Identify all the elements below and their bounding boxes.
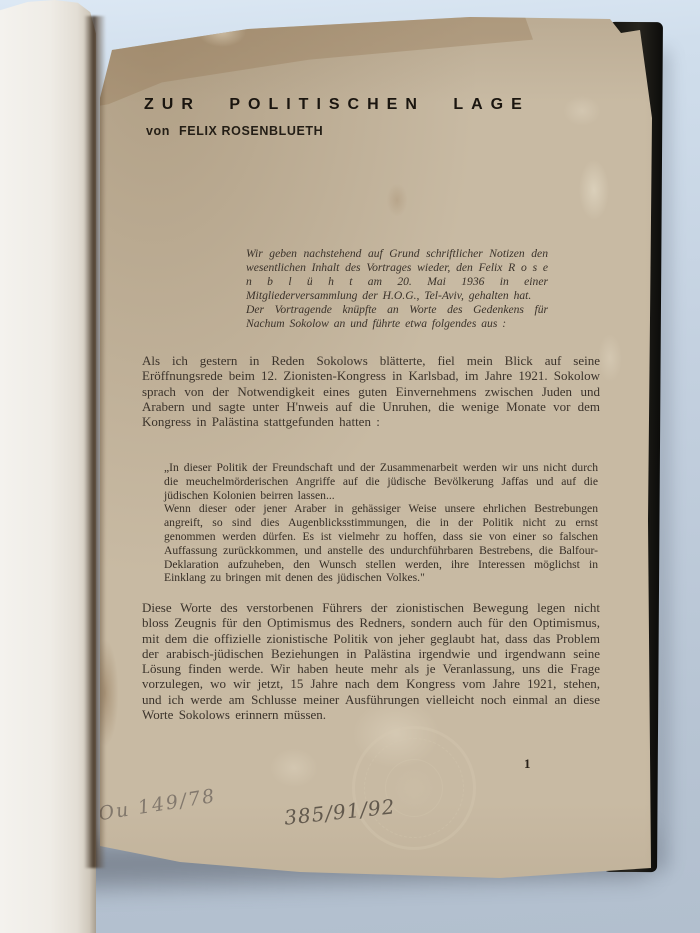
byline: vonFELIX ROSENBLUETH (146, 124, 323, 138)
body-paragraph-1: Als ich gestern in Reden Sokolows blätte… (142, 353, 600, 429)
page-number: 1 (524, 756, 531, 772)
editorial-note-para-2: Der Vortragende knüpfte an Worte des Ged… (246, 303, 548, 331)
article-title: ZUR POLITISCHEN LAGE (144, 96, 530, 114)
paper-stain (573, 148, 615, 232)
body-paragraph-2: Diese Worte des verstorbenen Führers der… (142, 600, 600, 722)
previous-page-edge (0, 0, 96, 933)
editorial-note: Wir geben nachstehend auf Grund schriftl… (246, 247, 548, 331)
author-name: FELIX ROSENBLUETH (179, 124, 323, 138)
pencil-annotation-left: Ou 149/78 (97, 785, 218, 825)
gutter-shadow (84, 16, 106, 868)
book-photo: ZUR POLITISCHEN LAGE vonFELIX ROSENBLUET… (0, 0, 700, 933)
quote-block: „In dieser Politik der Freundschaft und … (164, 461, 598, 585)
editorial-note-para-1: Wir geben nachstehend auf Grund schriftl… (246, 247, 548, 303)
quote-para-2: Wenn dieser oder jener Araber in gehässi… (164, 502, 598, 585)
library-stamp (352, 726, 476, 850)
paper-stain (556, 90, 608, 132)
paper-stain (262, 742, 326, 794)
paper-stain (383, 178, 411, 222)
quote-para-1: „In dieser Politik der Freundschaft und … (164, 461, 598, 502)
byline-prefix: von (146, 124, 170, 138)
